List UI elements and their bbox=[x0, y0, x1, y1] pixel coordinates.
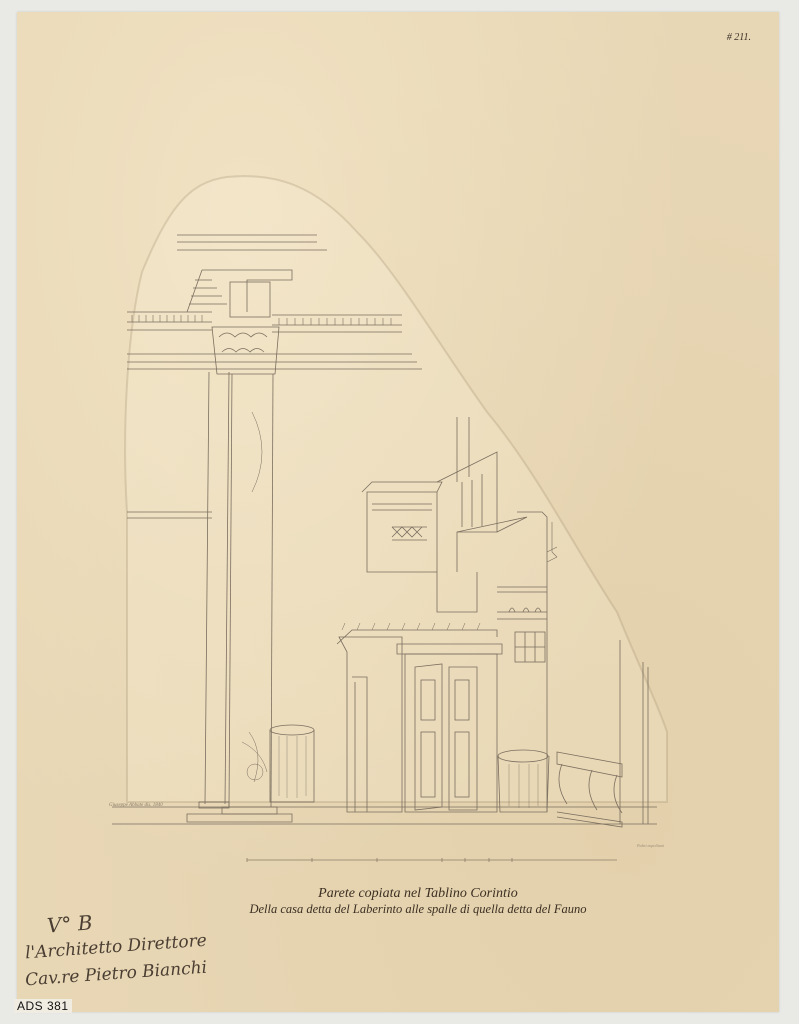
drawing-title: Parete copiata nel Tablino Corintio bbox=[37, 886, 799, 902]
catalog-label: ADS 381 bbox=[14, 999, 72, 1013]
paper-sheet: # 211. bbox=[17, 12, 779, 1012]
signature-initials: V° B bbox=[46, 910, 93, 937]
scale-label: Palmi napolitani bbox=[637, 843, 664, 848]
artist-note: Giuseppe Abbate dis. 1840 bbox=[109, 803, 163, 808]
architectural-drawing bbox=[17, 12, 779, 1012]
drawing-subtitle: Della casa detta del Laberinto alle spal… bbox=[37, 902, 799, 917]
